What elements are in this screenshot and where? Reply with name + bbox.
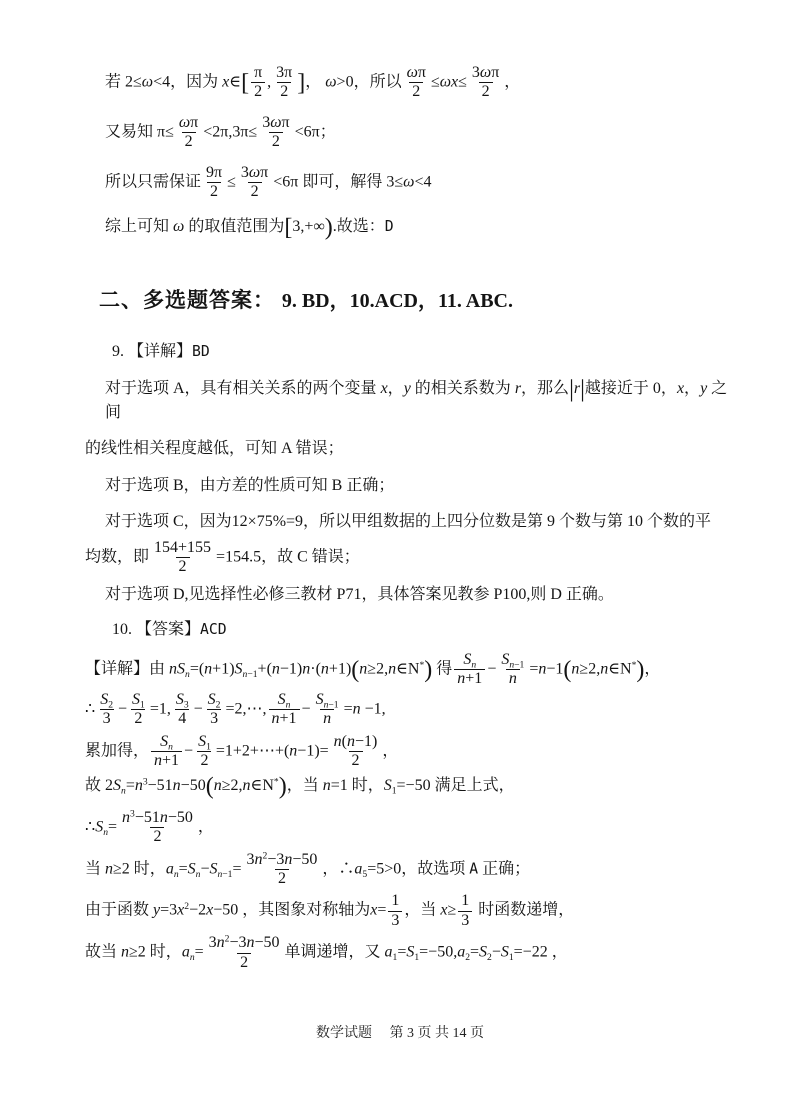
q10-answer-line: 10. 【答案】ACD [85, 618, 728, 641]
q10-solution-line-2: ∴S23−S12=1,S34−S23=2,⋯,Snn+1−Sn−1n=n −1, [85, 691, 728, 729]
q10-solution-line-3: 累加得，Snn+1−S12=1+2+⋯+(n−1)=n(n−1)2， [85, 733, 728, 771]
q10-solution-line-7: 由于函数 y=3x2−2x−50 ，其图象对称轴为x=13，当 x≥13 时函数… [85, 892, 728, 930]
multiple-choice-answers-summary: 9. BD，10.ACD，11. ABC. [282, 290, 513, 312]
q9-option-a-line-1: 对于选项 A，具有相关关系的两个变量 x，y 的相关系数为 r，那么|r|越接近… [85, 377, 728, 425]
q10-solution-line-5: ∴Sn=n3−51n−502， [85, 809, 728, 847]
q10-solution-line-8: 故当 n≥2 时，an=3n2−3n−502单调递增，又 a1=S1=−50,a… [85, 934, 728, 972]
q8-solution-conclusion: 综上可知 ω 的取值范围为[3,+∞).故选：D [85, 215, 728, 239]
q9-option-c-line-1: 对于选项 C，因为12×75%=9，所以甲组数据的上四分位数是第 9 个数与第 … [85, 510, 728, 533]
q8-solution-line-3: 所以只需保证9π2≤3ωπ2<6π 即可，解得 3≤ω<4 [85, 164, 728, 202]
q9-answer-line: 9. 【详解】BD [85, 340, 728, 363]
q9-option-a-line-2: 的线性相关程度越低，可知 A 错误； [85, 437, 728, 460]
q8-solution-line-1: 若 2≤ω<4，因为 x∈[π2,3π2]， ω>0，所以ωπ2≤ωx≤3ωπ2… [85, 64, 728, 102]
document-page: 若 2≤ω<4，因为 x∈[π2,3π2]， ω>0，所以ωπ2≤ωx≤3ωπ2… [0, 0, 800, 972]
q9-option-d-line: 对于选项 D,见选择性必修三教材 P71，具体答案见教参 P100,则 D 正确… [85, 583, 728, 606]
q9-option-c-line-2: 均数，即154+1552=154.5，故 C 错误； [85, 539, 728, 577]
doc-title: 数学试题 [316, 1026, 372, 1041]
section-heading-label: 二、多选题答案： [99, 289, 275, 312]
section-heading: 二、多选题答案： 9. BD，10.ACD，11. ABC. [85, 284, 728, 314]
q9-option-b-line: 对于选项 B，由方差的性质可知 B 正确； [85, 474, 728, 497]
page-footer: 数学试题 第 3 页 共 14 页 [0, 1022, 800, 1042]
q8-solution-line-2: 又易知 π≤ωπ2<2π,3π≤3ωπ2<6π； [85, 114, 728, 152]
q10-solution-line-6: 当 n≥2 时，an=Sn−Sn−1=3n2−3n−502，∴a5=5>0，故选… [85, 851, 728, 889]
q10-solution-line-1: 【详解】由 nSn=(n+1)Sn−1+(n−1)n·(n+1)(n≥2,n∈N… [85, 651, 728, 689]
page-number: 第 3 页 共 14 页 [390, 1026, 485, 1041]
q10-solution-line-4: 故 2Sn=n3−51n−50(n≥2,n∈N*)，当 n=1 时，S1=−50… [85, 774, 728, 798]
